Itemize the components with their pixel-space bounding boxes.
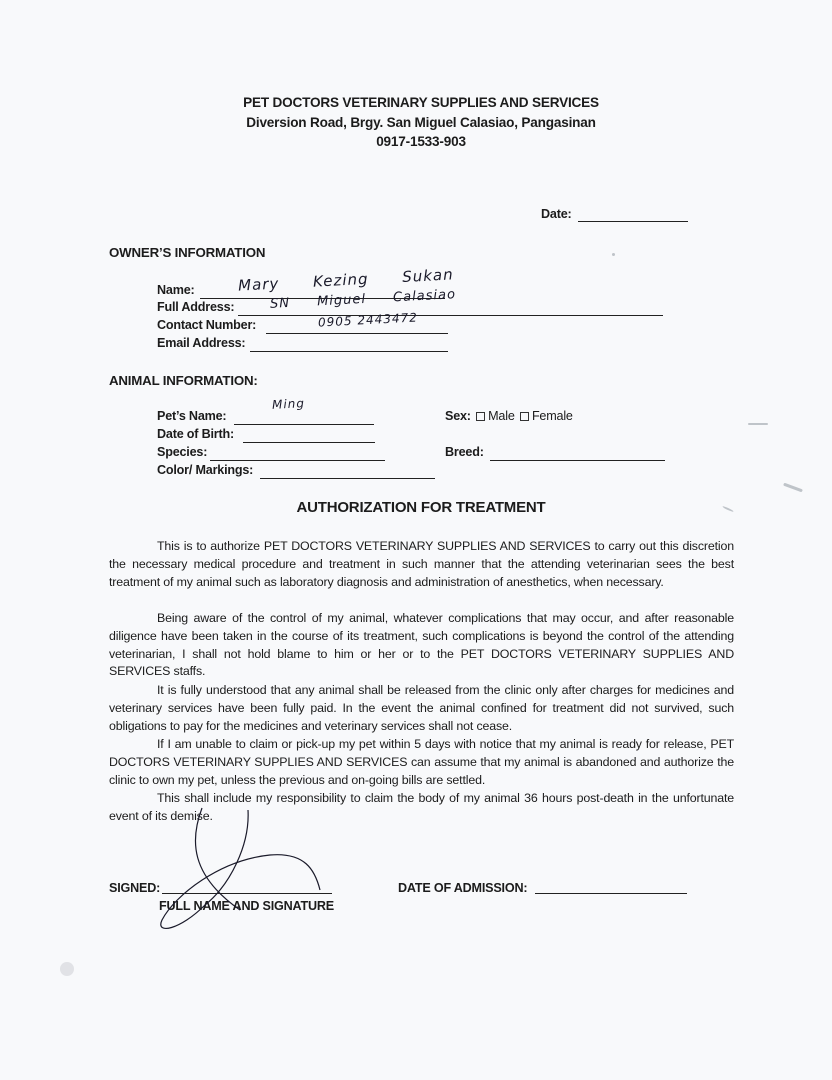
scan-smudge [748, 423, 768, 425]
owner-address-label: Full Address: [157, 300, 234, 314]
authorization-paragraph: If I am unable to claim or pick-up my pe… [109, 736, 734, 789]
scan-smudge [783, 483, 803, 493]
authorization-paragraph: Being aware of the control of my animal,… [109, 610, 734, 681]
female-checkbox[interactable] [520, 412, 529, 421]
date-label: Date: [541, 207, 572, 221]
color-field[interactable] [260, 463, 435, 479]
pet-name-value: Ming [272, 396, 306, 412]
owner-email-field[interactable] [250, 336, 448, 352]
pet-name-label: Pet’s Name: [157, 409, 226, 423]
authorization-paragraph: This is to authorize PET DOCTORS VETERIN… [109, 538, 734, 591]
breed-field[interactable] [490, 445, 665, 461]
company-address: Diversion Road, Brgy. San Miguel Calasia… [0, 115, 832, 130]
date-field[interactable] [578, 206, 688, 222]
owner-section-heading: OWNER’S INFORMATION [109, 245, 265, 260]
sex-field: Sex: Male Female [445, 409, 573, 423]
pet-name-field[interactable] [234, 409, 374, 425]
handwritten-signature [150, 800, 370, 940]
owner-contact-label: Contact Number: [157, 318, 256, 332]
sex-label: Sex: [445, 409, 471, 423]
company-phone: 0917-1533-903 [0, 134, 832, 149]
scan-smudge [60, 962, 74, 976]
admission-date-field[interactable] [535, 878, 687, 894]
authorization-paragraph: It is fully understood that any animal s… [109, 682, 734, 735]
male-checkbox[interactable] [476, 412, 485, 421]
owner-name-label: Name: [157, 283, 195, 297]
authorization-form: PET DOCTORS VETERINARY SUPPLIES AND SERV… [0, 0, 832, 1080]
owner-email-label: Email Address: [157, 336, 245, 350]
company-name: PET DOCTORS VETERINARY SUPPLIES AND SERV… [0, 95, 832, 110]
authorization-title: AUTHORIZATION FOR TREATMENT [0, 499, 832, 516]
species-label: Species: [157, 445, 207, 459]
admission-date-label: DATE OF ADMISSION: [398, 881, 527, 895]
dob-label: Date of Birth: [157, 427, 234, 441]
species-field[interactable] [210, 445, 385, 461]
breed-label: Breed: [445, 445, 484, 459]
scan-smudge [612, 253, 615, 256]
animal-section-heading: ANIMAL INFORMATION: [109, 373, 258, 388]
male-option-label: Male [488, 409, 515, 423]
female-option-label: Female [532, 409, 573, 423]
dob-field[interactable] [243, 427, 375, 443]
color-label: Color/ Markings: [157, 463, 253, 477]
